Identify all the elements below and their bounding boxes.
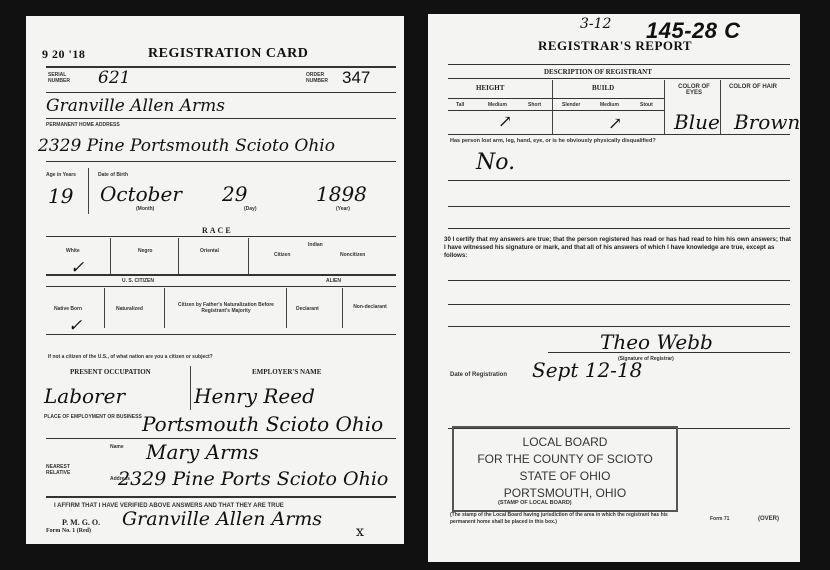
declarant: Declarant: [296, 306, 319, 312]
dob-day: 29: [222, 182, 247, 206]
hair-heading: COLOR OF HAIR: [728, 84, 778, 90]
card-title: REGISTRATION CARD: [148, 46, 308, 62]
registrant-signature: Granville Allen Arms: [122, 508, 322, 530]
build-stout: Stout: [640, 102, 653, 108]
disability-answer: No.: [476, 150, 515, 175]
relative-name: Mary Arms: [146, 440, 259, 464]
form-label: Form No. 1 (Red): [46, 528, 91, 534]
race-white: White: [66, 248, 80, 254]
order-label: ORDER NUMBER: [306, 72, 330, 84]
occupation-label: PRESENT OCCUPATION: [70, 368, 151, 376]
build-mark: ↗: [608, 114, 622, 134]
registrant-mark: x: [356, 524, 364, 540]
address-label: PERMANENT HOME ADDRESS: [46, 122, 120, 128]
report-title: REGISTRAR'S REPORT: [538, 38, 692, 54]
height-mark: ↗: [498, 112, 512, 132]
place-value: Portsmouth Scioto Ohio: [142, 412, 383, 436]
month-label: (Month): [136, 206, 154, 212]
build-heading: BUILD: [592, 84, 614, 92]
race-indian: Indian: [308, 242, 323, 248]
height-heading: HEIGHT: [476, 84, 504, 92]
dob-year: 1898: [316, 182, 367, 206]
race-oriental: Oriental: [200, 248, 219, 254]
day-label: (Day): [244, 206, 257, 212]
top-number: 3-12: [580, 16, 611, 32]
native-born: Native Born: [54, 306, 82, 312]
build-slender: Slender: [562, 102, 580, 108]
eye-color: Blue: [674, 110, 720, 134]
dob-label: Date of Birth: [98, 172, 128, 178]
employer-label: EMPLOYER'S NAME: [252, 368, 321, 376]
indian-noncitizen: Noncitizen: [340, 252, 365, 258]
description-heading: DESCRIPTION OF REGISTRANT: [544, 68, 652, 76]
year-label: (Year): [336, 206, 350, 212]
registrars-report: 3-12 145-28 C REGISTRAR'S REPORT DESCRIP…: [428, 14, 800, 562]
indian-citizen: Citizen: [274, 252, 290, 258]
citizen-by-father: Citizen by Father's Naturalization Befor…: [172, 302, 280, 314]
stamp-line-1: LOCAL BOARD: [454, 434, 676, 451]
alien-heading: ALIEN: [326, 278, 341, 284]
stamp-caption: (STAMP OF LOCAL BOARD): [498, 500, 572, 506]
stamp-note: (The stamp of the Local Board having jur…: [450, 512, 690, 526]
occupation-value: Laborer: [44, 384, 125, 408]
relative-name-label: Name: [110, 444, 124, 450]
build-medium: Medium: [600, 102, 619, 108]
place-label: PLACE OF EMPLOYMENT OR BUSINESS: [44, 414, 142, 420]
citizen-heading: U. S. CITIZEN: [122, 278, 154, 284]
age-label: Age in Years: [46, 172, 76, 178]
nation-question: If not a citizen of the U.S., of what na…: [48, 354, 213, 360]
stamp-line-3: STATE OF OHIO: [454, 468, 676, 485]
race-heading: RACE: [202, 226, 233, 235]
eyes-heading: COLOR OF EYES: [674, 84, 714, 96]
serial-number: 621: [98, 68, 130, 88]
nearest-relative-label: NEAREST RELATIVE: [46, 464, 82, 476]
height-short: Short: [528, 102, 541, 108]
registrar-signature: Theo Webb: [600, 330, 713, 354]
registration-date: Sept 12-18: [532, 358, 642, 382]
registrant-name: Granville Allen Arms: [46, 96, 225, 116]
registration-card: 9 20 '18 REGISTRATION CARD SERIAL NUMBER…: [26, 16, 404, 544]
hair-color: Brown: [734, 110, 800, 134]
home-address: 2329 Pine Portsmouth Scioto Ohio: [38, 136, 335, 156]
citizen-mark: ✓: [68, 316, 82, 336]
height-tall: Tall: [456, 102, 464, 108]
form-number: Form 71: [710, 516, 729, 522]
certify-text: 30 I certify that my answers are true; t…: [444, 236, 794, 260]
naturalized: Naturalized: [116, 306, 143, 312]
relative-address: 2329 Pine Ports Scioto Ohio: [118, 468, 388, 490]
order-number: 347: [342, 68, 370, 88]
age-value: 19: [48, 184, 73, 208]
serial-label: SERIAL NUMBER: [48, 72, 72, 84]
race-negro: Negro: [138, 248, 152, 254]
disability-question: Has person lost arm, leg, hand, eye, or …: [450, 138, 656, 144]
stamp-line-2: FOR THE COUNTY OF SCIOTO: [454, 451, 676, 468]
non-declarant: Non-declarant: [350, 304, 390, 310]
date-label: Date of Registration: [450, 372, 507, 378]
pmgo-label: P. M. G. O.: [62, 518, 100, 527]
over-label: (OVER): [758, 516, 779, 522]
height-medium: Medium: [488, 102, 507, 108]
date-stamp: 9 20 '18: [42, 47, 85, 62]
employer-value: Henry Reed: [194, 384, 315, 408]
dob-month: October: [100, 182, 182, 206]
